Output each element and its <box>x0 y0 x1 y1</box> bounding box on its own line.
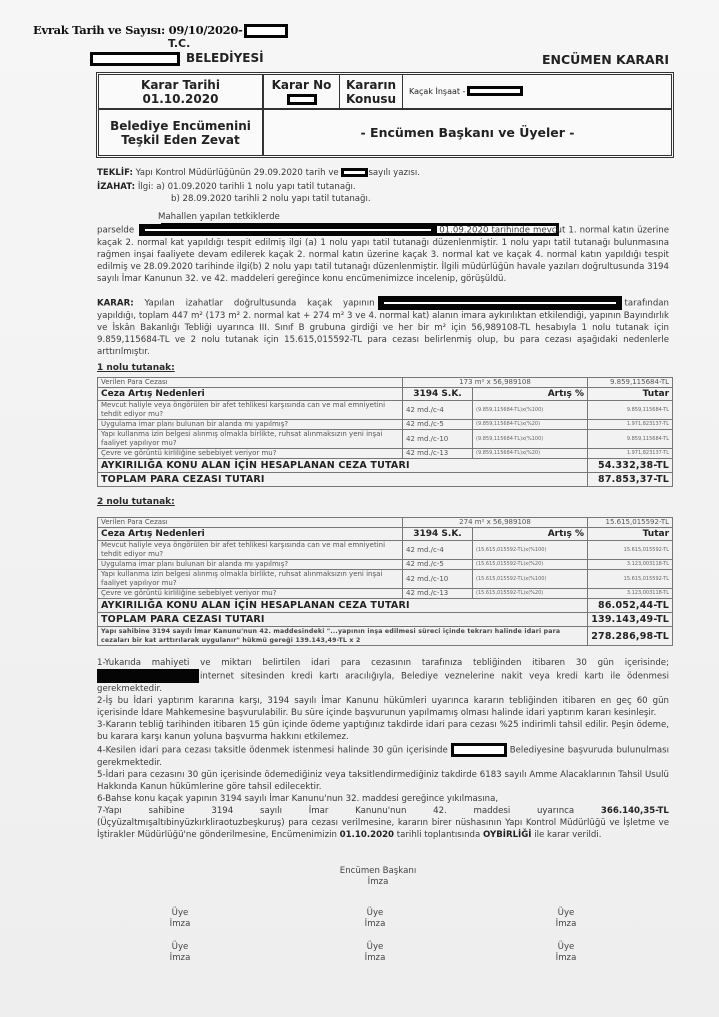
amount-cell: 3.123,003118-TL <box>588 589 673 599</box>
item-7-word: uyarınca <box>537 805 574 817</box>
item-5: 5-İdari para cezasını 30 gün içerisinde … <box>97 769 669 793</box>
imza-label: İmza <box>160 953 200 964</box>
uye-signature-6: Üyeİmza <box>546 942 586 964</box>
imza-label: İmza <box>330 877 426 888</box>
table-row: Çevre ve görüntü kirliliğine sebebiyet v… <box>98 449 673 459</box>
column-header: Artış % <box>473 388 588 401</box>
item-3: 3-Kararın tebliğ tarihinden itibaren 15 … <box>97 719 669 743</box>
konu-value: Kaçak İnşaat - <box>409 87 465 96</box>
toplam-amount: 139.143,49-TL <box>588 613 673 627</box>
item-7-word: Kanunu'nun <box>355 805 406 817</box>
zevat-label-2: Teşkil Eden Zevat <box>121 133 239 147</box>
reason-cell: Uygulama imar planı bulunan bir alanda m… <box>98 560 403 570</box>
imza-label: İmza <box>546 953 586 964</box>
uye-signature-3: Üyeİmza <box>546 908 586 930</box>
article-cell: 42 md./c-4 <box>403 401 473 420</box>
izahat-label: İZAHAT: <box>97 182 135 192</box>
reason-cell: Mevcut haliyle veya öngörülen bir afet t… <box>98 541 403 560</box>
uye-signature-1: Üyeİmza <box>160 908 200 930</box>
karar-tarihi-label: Karar Tarihi <box>141 78 220 92</box>
toplam-label: TOPLAM PARA CEZASI TUTARI <box>98 473 588 487</box>
uye-label: Üye <box>160 908 200 919</box>
izahat-p-start: parselde <box>97 226 134 236</box>
item-7-text-2: tarihli toplantısında <box>397 830 480 840</box>
item-1-a: 1-Yukarıda mahiyeti ve miktarı belirtile… <box>97 658 669 668</box>
increase-cell: (15.615,015592-TL)x(%20) <box>473 560 588 570</box>
item-7-first-line: 7-Yapısahibine3194sayılıİmarKanunu'nun42… <box>97 805 669 817</box>
aykirilik-row: AYKIRILIĞA KONU ALAN İÇİN HESAPLANAN CEZ… <box>98 459 673 473</box>
zevat-label-cell: Belediye Encümenini Teşkil Eden Zevat <box>99 110 264 155</box>
aykirilik-row: AYKIRILIĞA KONU ALAN İÇİN HESAPLANAN CEZ… <box>98 599 673 613</box>
redaction <box>467 86 523 96</box>
ilgi-b: b) 28.09.2020 tarihli 2 nolu yapı tatil … <box>97 193 669 205</box>
karar-no-cell: Karar No <box>264 75 340 108</box>
item-2: 2-İş bu İdari yaptırım kararına karşı, 3… <box>97 695 669 719</box>
teklif-text: Yapı Kontrol Müdürlüğünün 29.09.2020 tar… <box>136 168 339 178</box>
reason-cell: Çevre ve görüntü kirliliğine sebebiyet v… <box>98 589 403 599</box>
tutanak-1-table: Verilen Para Cezası173 m² x 56,9891089.8… <box>97 377 673 487</box>
imza-label: İmza <box>355 919 395 930</box>
increase-cell: (9.859,115684-TL)x(%20) <box>473 449 588 459</box>
column-header-row: Ceza Artış Nedenleri3194 S.K.Artış %Tuta… <box>98 528 673 541</box>
table-row: Yapı kullanma izin belgesi alınmış olmak… <box>98 570 673 589</box>
baskan-title: Encümen Başkanı <box>330 866 426 877</box>
toplam-row: TOPLAM PARA CEZASI TUTARI87.853,37-TL <box>98 473 673 487</box>
document-date-number: Evrak Tarih ve Sayısı: 09/10/2020- <box>33 23 288 38</box>
mahallen-text: Mahallen yapılan tetkiklerde <box>158 212 280 222</box>
reason-cell: Yapı kullanma izin belgesi alınmış olmak… <box>98 570 403 589</box>
evrak-label: Evrak Tarih ve Sayısı: 09/10/2020- <box>33 23 243 37</box>
verilen-amount: 9.859,115684-TL <box>588 378 673 388</box>
column-header: Ceza Artış Nedenleri <box>98 388 403 401</box>
karar-tarihi-cell: Karar Tarihi 01.10.2020 <box>99 75 264 108</box>
izahat-paragraph: parselde 01.09.2020 tarihinde mevcut 1. … <box>97 224 669 285</box>
decision-items: 1-Yukarıda mahiyeti ve miktarı belirtile… <box>97 657 669 841</box>
aykirilik-amount: 54.332,38-TL <box>588 459 673 473</box>
item-7-word: İmar <box>309 805 329 817</box>
item-7-rest: (Üçyüzaltmışaltıbinyüzkırkliraotuzbeşkur… <box>97 817 669 841</box>
column-header: 3194 S.K. <box>403 388 473 401</box>
increase-cell: (9.859,115684-TL)x(%100) <box>473 401 588 420</box>
redaction <box>451 743 507 757</box>
table-row: Mevcut haliyle veya öngörülen bir afet t… <box>98 401 673 420</box>
increase-cell: (9.859,115684-TL)x(%20) <box>473 420 588 430</box>
reason-cell: Çevre ve görüntü kirliliğine sebebiyet v… <box>98 449 403 459</box>
redaction <box>90 52 180 66</box>
amount-cell: 15.615,015592-TL <box>588 541 673 560</box>
column-header: Ceza Artış Nedenleri <box>98 528 403 541</box>
table-row: Uygulama imar planı bulunan bir alanda m… <box>98 560 673 570</box>
increase-cell: (15.615,015592-TL)x(%100) <box>473 570 588 589</box>
baskan-signature: Encümen Başkanı İmza <box>330 866 426 888</box>
verilen-label: Verilen Para Cezası <box>98 378 403 388</box>
uye-signature-4: Üyeİmza <box>160 942 200 964</box>
amount-cell: 9.859,115684-TL <box>588 401 673 420</box>
increase-cell: (15.615,015592-TL)x(%20) <box>473 589 588 599</box>
ilgi-a: İlgi: a) 01.09.2020 tarihli 1 nolu yapı … <box>138 182 356 192</box>
verilen-calc: 274 m² x 56,989108 <box>403 518 588 528</box>
document-type-title: ENCÜMEN KARARI <box>542 52 669 67</box>
imza-label: İmza <box>355 953 395 964</box>
karar-no-label: Karar No <box>272 78 332 92</box>
table-row: Çevre ve görüntü kirliliğine sebebiyet v… <box>98 589 673 599</box>
redaction <box>341 168 368 177</box>
aykirilik-label: AYKIRILIĞA KONU ALAN İÇİN HESAPLANAN CEZ… <box>98 599 588 613</box>
reason-cell: Yapı kullanma izin belgesi alınmış olmak… <box>98 430 403 449</box>
verilen-ceza-row: Verilen Para Cezası274 m² x 56,98910815.… <box>98 518 673 528</box>
article-cell: 42 md./c-5 <box>403 420 473 430</box>
tutanak-2-table: Verilen Para Cezası274 m² x 56,98910815.… <box>97 517 673 646</box>
zevat-label-1: Belediye Encümenini <box>110 119 251 133</box>
column-header: 3194 S.K. <box>403 528 473 541</box>
article-cell: 42 md./c-13 <box>403 449 473 459</box>
column-header: Artış % <box>473 528 588 541</box>
increase-cell: (9.859,115684-TL)x(%100) <box>473 430 588 449</box>
decision-header-table: Karar Tarihi 01.10.2020 Karar No Kararın… <box>96 72 674 158</box>
toplam-row: TOPLAM PARA CEZASI TUTARI139.143,49-TL <box>98 613 673 627</box>
zevat-value-cell: - Encümen Başkanı ve Üyeler - <box>264 110 671 155</box>
item-6: 6-Bahse konu kaçak yapının 3194 sayılı İ… <box>97 793 669 805</box>
kararin-konusu-label-cell: Kararın Konusu <box>340 75 403 108</box>
repeat-penalty-row: Yapı sahibine 3194 sayılı İmar Kanunu'nu… <box>98 627 673 646</box>
item-7-word: 42. <box>433 805 447 817</box>
karar-text-before: Yapılan izahatlar doğrultusunda kaçak ya… <box>144 299 374 309</box>
item-7-word: sayılı <box>260 805 282 817</box>
column-header-row: Ceza Artış Nedenleri3194 S.K.Artış %Tuta… <box>98 388 673 401</box>
item-7-end: ile karar verildi. <box>534 830 601 840</box>
teklif-label: TEKLİF: <box>97 168 133 178</box>
item-7-word: maddesi <box>474 805 511 817</box>
verilen-calc: 173 m² x 56,989108 <box>403 378 588 388</box>
column-header: Tutar <box>588 528 673 541</box>
aykirilik-label: AYKIRILIĞA KONU ALAN İÇİN HESAPLANAN CEZ… <box>98 459 588 473</box>
izahat-references: İZAHAT: İlgi: a) 01.09.2020 tarihli 1 no… <box>97 181 669 205</box>
belediye-label: BELEDİYESİ <box>186 51 264 65</box>
zevat-value: - Encümen Başkanı ve Üyeler - <box>361 126 575 140</box>
uye-signature-2: Üyeİmza <box>355 908 395 930</box>
teklif-text-end: sayılı yazısı. <box>368 168 420 178</box>
column-header: Tutar <box>588 388 673 401</box>
uye-label: Üye <box>546 942 586 953</box>
konusu-label-2: Konusu <box>346 92 396 106</box>
article-cell: 42 md./c-10 <box>403 570 473 589</box>
teklif-paragraph: TEKLİF: Yapı Kontrol Müdürlüğünün 29.09.… <box>97 167 669 179</box>
article-cell: 42 md./c-4 <box>403 541 473 560</box>
uye-label: Üye <box>546 908 586 919</box>
amount-cell: 15.615,015592-TL <box>588 570 673 589</box>
redaction <box>287 94 317 105</box>
article-cell: 42 md./c-5 <box>403 560 473 570</box>
redaction <box>378 296 622 310</box>
republic-label: T.C. <box>168 37 190 50</box>
uye-label: Üye <box>355 942 395 953</box>
reason-cell: Uygulama imar planı bulunan bir alanda m… <box>98 420 403 430</box>
aykirilik-amount: 86.052,44-TL <box>588 599 673 613</box>
kararin-konusu-value-cell: Kaçak İnşaat - <box>403 75 671 108</box>
imza-label: İmza <box>160 919 200 930</box>
item-1: 1-Yukarıda mahiyeti ve miktarı belirtile… <box>97 657 669 695</box>
table-row: Uygulama imar planı bulunan bir alanda m… <box>98 420 673 430</box>
karar-tarihi-value: 01.10.2020 <box>143 92 219 106</box>
verilen-amount: 15.615,015592-TL <box>588 518 673 528</box>
tutanak-2-title: 2 nolu tutanak: <box>97 497 175 507</box>
item-7-word: 3194 <box>211 805 233 817</box>
imza-label: İmza <box>546 919 586 930</box>
item-7-word: 7-Yapı <box>97 805 122 817</box>
amount-cell: 1.971,823137-TL <box>588 420 673 430</box>
table-row: Mevcut haliyle veya öngörülen bir afet t… <box>98 541 673 560</box>
article-cell: 42 md./c-10 <box>403 430 473 449</box>
karar-label: KARAR: <box>97 299 134 309</box>
increase-cell: (15.615,015592-TL)x(%100) <box>473 541 588 560</box>
amount-cell: 9.859,115684-TL <box>588 430 673 449</box>
municipality-name: BELEDİYESİ <box>90 51 264 66</box>
konusu-label-1: Kararın <box>346 78 396 92</box>
toplam-amount: 87.853,37-TL <box>588 473 673 487</box>
tutanak-1-title: 1 nolu tutanak: <box>97 363 175 373</box>
item-4-a: 4-Kesilen idari para cezası taksitle öde… <box>97 746 448 756</box>
verilen-label: Verilen Para Cezası <box>98 518 403 528</box>
unanimity-label: OYBİRLİĞİ <box>483 830 532 840</box>
document-page: Evrak Tarih ve Sayısı: 09/10/2020- T.C. … <box>0 0 719 1017</box>
redaction <box>139 224 437 236</box>
item-7-word: sahibine <box>148 805 184 817</box>
amount-cell: 3.123,003118-TL <box>588 560 673 570</box>
table-row: Yapı kullanma izin belgesi alınmış olmak… <box>98 430 673 449</box>
reason-cell: Mevcut haliyle veya öngörülen bir afet t… <box>98 401 403 420</box>
repeat-penalty-note: Yapı sahibine 3194 sayılı İmar Kanunu'nu… <box>98 627 588 646</box>
total-penalty-amount: 366.140,35-TL <box>601 805 669 817</box>
uye-label: Üye <box>160 942 200 953</box>
amount-cell: 1.971,823137-TL <box>588 449 673 459</box>
verilen-ceza-row: Verilen Para Cezası173 m² x 56,9891089.8… <box>98 378 673 388</box>
meeting-date: 01.10.2020 <box>340 830 394 840</box>
repeat-penalty-amount: 278.286,98-TL <box>588 627 673 646</box>
uye-signature-5: Üyeİmza <box>355 942 395 964</box>
karar-paragraph: KARAR: Yapılan izahatlar doğrultusunda k… <box>97 296 669 358</box>
uye-label: Üye <box>355 908 395 919</box>
toplam-label: TOPLAM PARA CEZASI TUTARI <box>98 613 588 627</box>
article-cell: 42 md./c-13 <box>403 589 473 599</box>
redaction <box>97 669 199 683</box>
redaction <box>244 24 288 38</box>
item-4: 4-Kesilen idari para cezası taksitle öde… <box>97 743 669 769</box>
